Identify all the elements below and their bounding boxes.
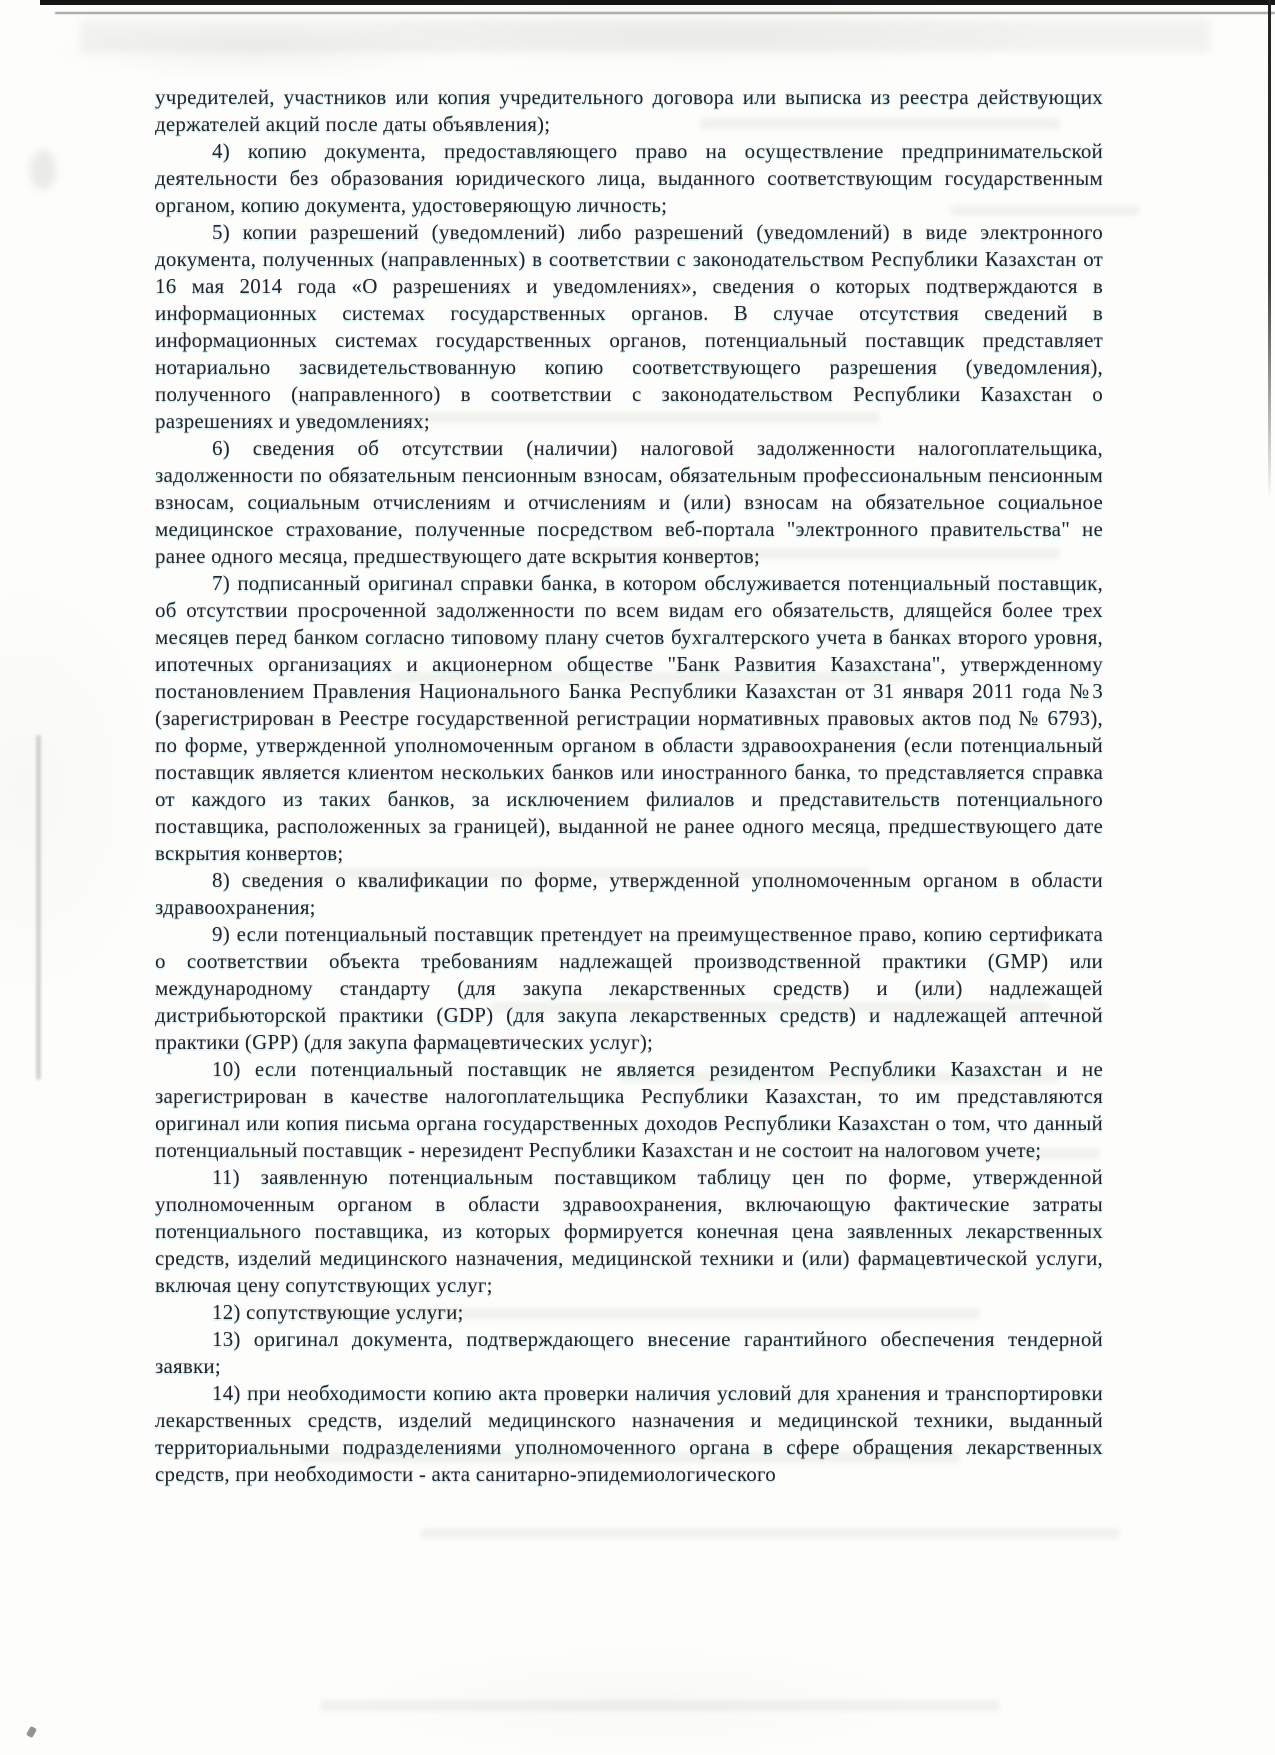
- paragraph-item-8: 8) сведения о квалификации по форме, утв…: [155, 867, 1103, 921]
- paragraph-item-7: 7) подписанный оригинал справки банка, в…: [155, 570, 1103, 867]
- paragraph-item-11: 11) заявленную потенциальным поставщиком…: [155, 1164, 1103, 1299]
- paragraph-continuation: учредителей, участников или копия учреди…: [155, 84, 1103, 138]
- paragraph-item-5: 5) копии разрешений (уведомлений) либо р…: [155, 219, 1103, 435]
- bleedthrough-smudge: [320, 1700, 1000, 1711]
- paragraph-item-10: 10) если потенциальный поставщик не явля…: [155, 1056, 1103, 1164]
- scan-left-margin-streak: [36, 735, 41, 1080]
- scan-top-edge-shadow: [40, 0, 1275, 5]
- scan-top-edge-line: [55, 12, 1275, 14]
- bleedthrough-smudge: [420, 1528, 1120, 1539]
- paragraph-item-6: 6) сведения об отсутствии (наличии) нало…: [155, 435, 1103, 570]
- scan-top-smudge-band: [80, 20, 1210, 52]
- scan-corner-speck: [26, 1726, 37, 1738]
- paragraph-item-14: 14) при необходимости копию акта проверк…: [155, 1380, 1103, 1488]
- scan-right-edge-line: [1268, 0, 1271, 500]
- paragraph-item-13: 13) оригинал документа, подтверждающего …: [155, 1326, 1103, 1380]
- paragraph-item-9: 9) если потенциальный поставщик претенду…: [155, 921, 1103, 1056]
- document-text-block: учредителей, участников или копия учреди…: [155, 84, 1103, 1488]
- paragraph-item-12: 12) сопутствующие услуги;: [155, 1299, 1103, 1326]
- paragraph-item-4: 4) копию документа, предоставляющего пра…: [155, 138, 1103, 219]
- scanned-document-page: учредителей, участников или копия учреди…: [0, 0, 1275, 1755]
- scan-left-margin-blob: [30, 150, 56, 190]
